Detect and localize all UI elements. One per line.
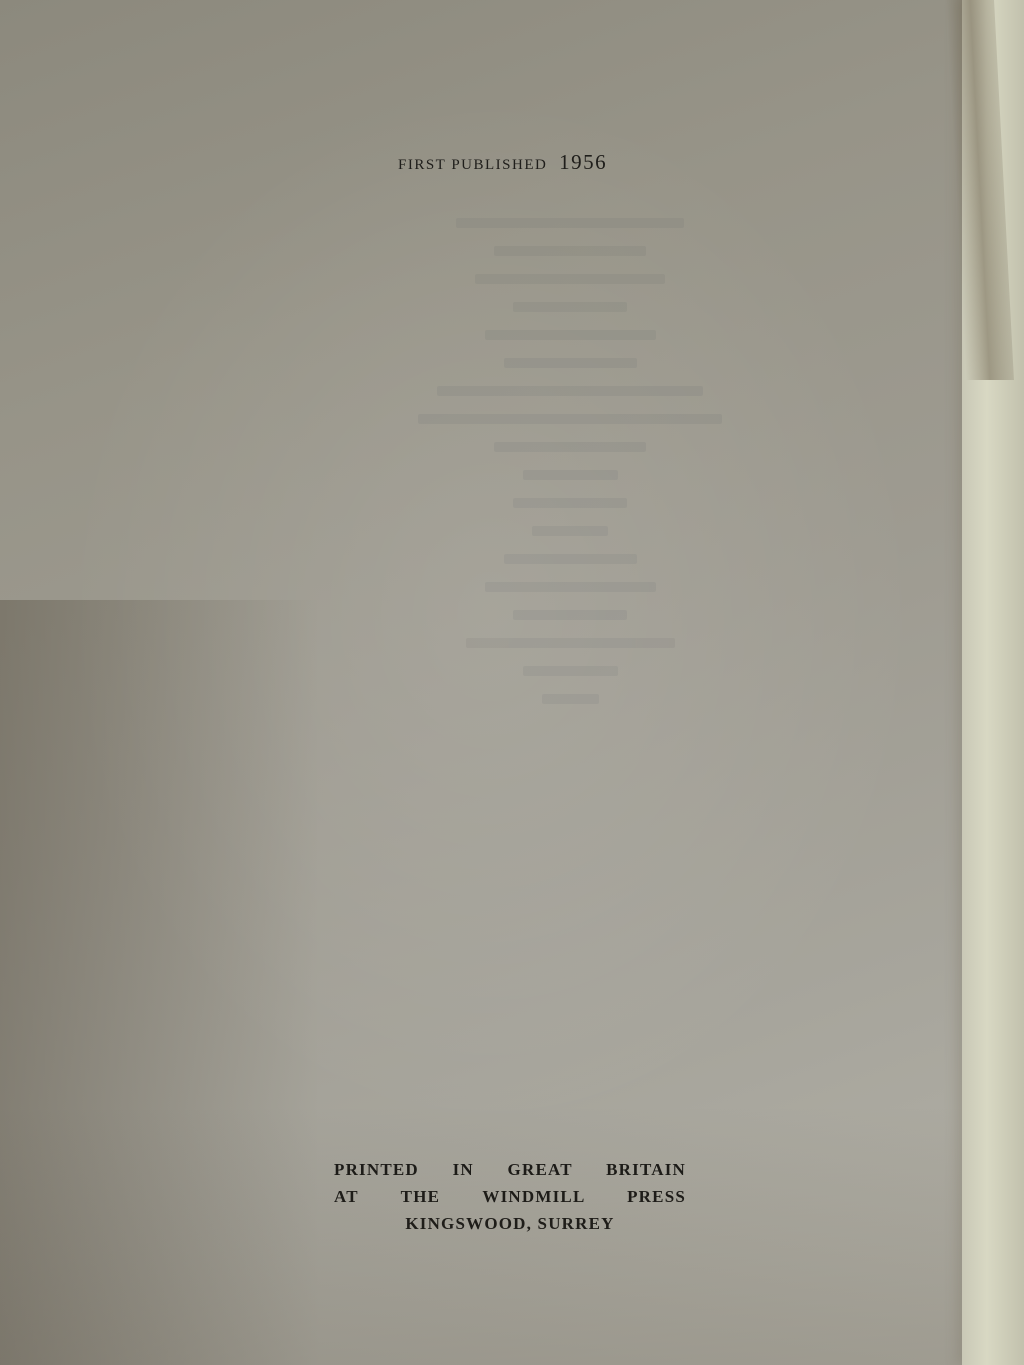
page-curl-shadow: [0, 600, 320, 1365]
imprint-line-location: Kingswood, Surrey: [334, 1210, 686, 1237]
first-published-year: 1956: [559, 150, 607, 174]
first-published-line: First Published 1956: [398, 150, 607, 175]
printer-imprint: Printed in Great Britain at the Windmill…: [334, 1156, 686, 1237]
imprint-line-press: at the Windmill Press: [334, 1183, 686, 1210]
first-published-label: First Published: [398, 157, 547, 173]
adjacent-page-edge: [962, 0, 1024, 1365]
reverse-page-show-through: [380, 200, 760, 1080]
book-page: First Published 1956 Printed in Great Br…: [0, 0, 1024, 1365]
imprint-line-country: Printed in Great Britain: [334, 1156, 686, 1183]
